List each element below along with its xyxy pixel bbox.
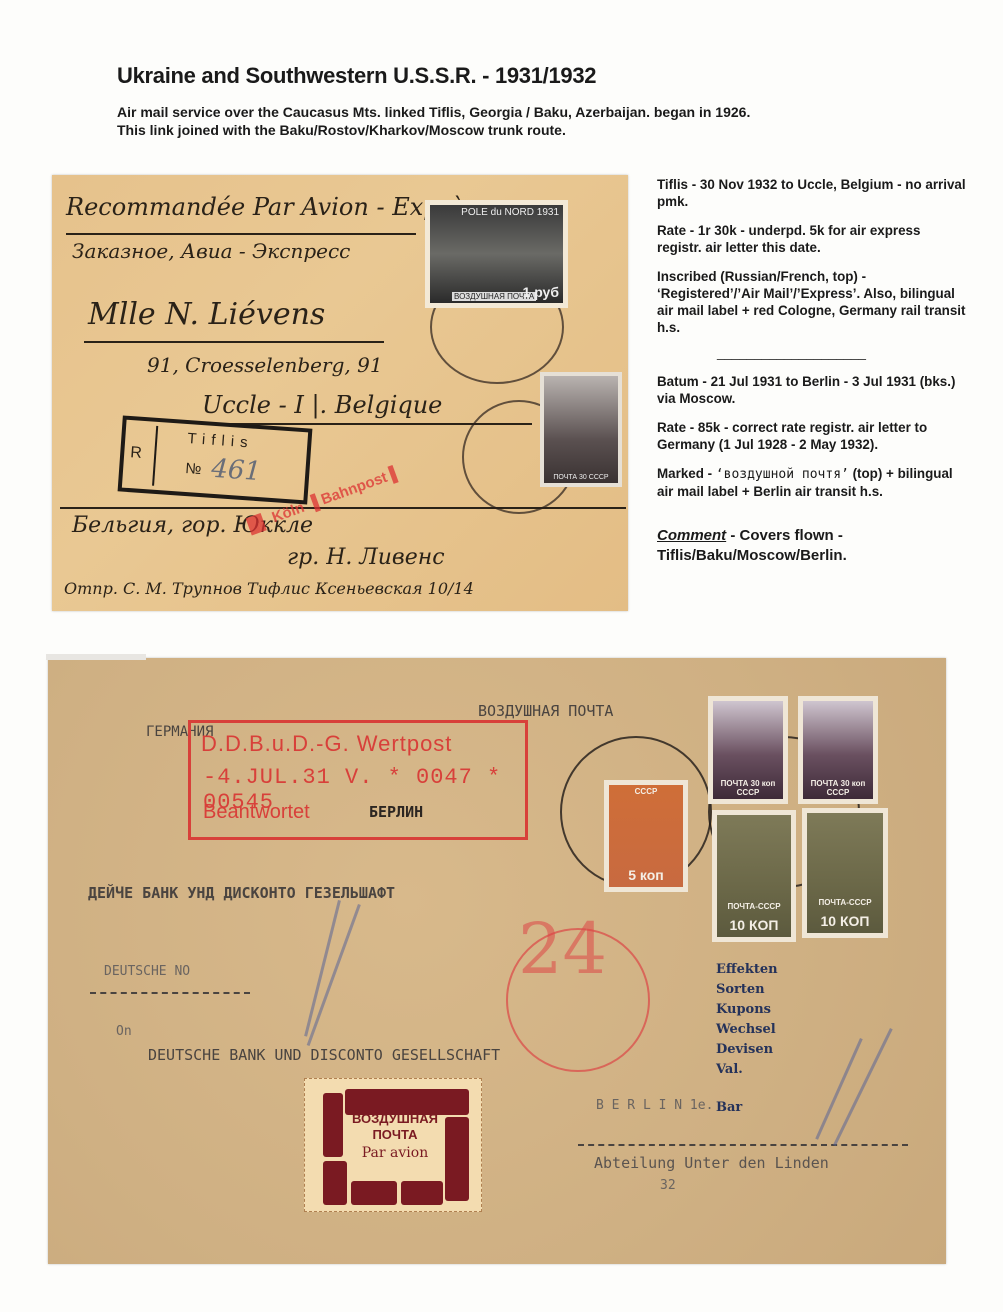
stamp-value: 10 КОП — [807, 913, 883, 929]
stamp-10k: ПОЧТА-СССР 10 КОП — [802, 808, 888, 938]
reg-letter: R — [130, 444, 143, 463]
stamp-value: 5 коп — [609, 867, 683, 883]
label-bar — [323, 1161, 347, 1205]
typed-bank-ru: ДЕЙЧЕ БАНК УНД ДИСКОНТО ГЕЗЕЛЬШАФТ — [88, 884, 395, 902]
note: Batum - 21 Jul 1931 to Berlin - 3 Jul 19… — [657, 373, 967, 407]
stamp-caption: ПОЧТА 30 коп СССР — [713, 779, 783, 797]
label-ru: ВОЗДУШНАЯ ПОЧТА — [352, 1111, 438, 1142]
comment: Comment - Covers flown - Tiflis/Baku/Mos… — [657, 526, 967, 566]
comment-label: Comment — [657, 527, 726, 544]
label-bar — [445, 1117, 469, 1201]
registration-label: R Tiflis № 461 — [118, 415, 313, 504]
stamp-caption: ПОЧТА-СССР — [807, 898, 883, 907]
stamp-caption: ПОЧТА 30 коп СССР — [803, 779, 873, 797]
hs-line: Sorten — [716, 980, 778, 1000]
wertpost-typed: БЕРЛИН — [369, 803, 423, 821]
marked-ru: ‘воздушной почтя’ — [716, 467, 849, 482]
rule — [66, 233, 416, 235]
stamp-worker-30k: ПОЧТА 30 коп СССР — [708, 696, 788, 804]
hs-line: Kupons — [716, 1000, 778, 1020]
stamp-caption: СССР — [609, 787, 683, 796]
exhibit-notes: Tiflis - 30 Nov 1932 to Uccle, Belgium -… — [657, 176, 967, 578]
separator: ____________________ — [717, 344, 967, 361]
street-address: 91, Croesselenberg, 91 — [147, 353, 383, 377]
cover-batum-berlin: ГЕРМАНИЯ ВОЗДУШНАЯ ПОЧТА D.D.B.u.D.-G. W… — [48, 658, 946, 1264]
label-fr: Par avion — [350, 1145, 440, 1161]
typed-air-mail: ВОЗДУШНАЯ ПОЧТА — [478, 702, 613, 720]
cover-inscription-ru: Заказное, Авиа - Экспресс — [72, 239, 350, 263]
cover-inscription-fr: Recommandée Par Avion - Exprès — [66, 193, 477, 221]
typed-number: 32 — [660, 1178, 676, 1193]
note: Rate - 85k - correct rate registr. air l… — [657, 419, 967, 453]
pencil-signature — [815, 1038, 862, 1140]
stamp-pole-du-nord: POLE du NORD 1931 ВОЗДУШНАЯ ПОЧТА 1 руб — [425, 200, 568, 308]
intro-text: Air mail service over the Caucasus Mts. … — [117, 103, 917, 139]
marked-prefix: Marked - — [657, 466, 716, 481]
wertpost-line: Beantwortet — [203, 801, 310, 824]
stamp-10k: ПОЧТА-СССР 10 КОП — [712, 810, 796, 942]
page-title: Ukraine and Southwestern U.S.S.R. - 1931… — [117, 63, 596, 89]
note: Inscribed (Russian/French, top) - ‘Regis… — [657, 268, 967, 336]
bank-department-handstamp: Effekten Sorten Kupons Wechsel Devisen V… — [716, 960, 778, 1118]
stamp-caption: ПОЧТА 30 СССР — [544, 474, 618, 481]
ru-address-line: гр. Н. Ливенс — [287, 545, 445, 570]
pencil-signature — [833, 1028, 893, 1146]
divider — [152, 426, 158, 486]
stamp-caption: ПОЧТА-СССР — [717, 902, 791, 911]
stamp-value: 10 КОП — [717, 917, 791, 933]
rule — [84, 341, 384, 343]
note: Tiflis - 30 Nov 1932 to Uccle, Belgium -… — [657, 176, 967, 210]
hs-line: Bar — [716, 1098, 778, 1118]
stamp-title: POLE du NORD 1931 — [461, 207, 559, 218]
note: Rate - 1r 30k - underpd. 5k for air expr… — [657, 222, 967, 256]
stamp-worker-30k: ПОЧТА 30 СССР — [540, 372, 622, 487]
hs-line: Effekten — [716, 960, 778, 980]
city-address: Uccle - I |. Belgique — [202, 391, 442, 419]
stamp-worker-30k: ПОЧТА 30 коп СССР — [798, 696, 878, 804]
typed-abteilung: Abteilung Unter den Linden — [594, 1154, 829, 1172]
label-bar — [323, 1093, 343, 1157]
addressee: Mlle N. Liévens — [88, 297, 325, 332]
sender-address: Отпр. С. М. Трупнов Тифлис Ксеньевская 1… — [64, 579, 474, 598]
reg-number: 461 — [210, 454, 262, 487]
hs-line: Val. — [716, 1060, 778, 1080]
red-numeral: 24 — [518, 908, 607, 990]
dashed-rule — [90, 992, 250, 994]
cover-flap — [46, 654, 146, 660]
intro-line: Air mail service over the Caucasus Mts. … — [117, 103, 917, 121]
typed-line: On — [116, 1024, 132, 1039]
dashed-rule — [578, 1144, 908, 1146]
note-marked: Marked - ‘воздушной почтя’ (top) + bilin… — [657, 465, 967, 500]
stamp-value: 1 руб — [523, 284, 559, 300]
typed-bank-de: DEUTSCHE BANK UND DISCONTO GESELLSCHAFT — [148, 1046, 500, 1064]
reg-number-label: № — [185, 460, 202, 478]
red-wertpost-handstamp: D.D.B.u.D.-G. Wertpost -4.JUL.31 V. * 00… — [188, 720, 528, 840]
typed-berlin: B E R L I N 1e. — [596, 1098, 713, 1113]
label-bar — [401, 1181, 443, 1205]
hs-line: Devisen — [716, 1040, 778, 1060]
wertpost-line: D.D.B.u.D.-G. Wertpost — [201, 731, 452, 757]
stamp-5k: СССР 5 коп — [604, 780, 688, 892]
air-mail-label-text: ВОЗДУШНАЯ ПОЧТА Par avion — [350, 1111, 440, 1161]
intro-line: This link joined with the Baku/Rostov/Kh… — [117, 121, 917, 139]
typed-line: DEUTSCHE NO — [104, 964, 190, 979]
hs-line: Wechsel — [716, 1020, 778, 1040]
reg-city: Tiflis — [187, 430, 254, 452]
air-mail-label: ВОЗДУШНАЯ ПОЧТА Par avion — [304, 1078, 482, 1212]
label-bar — [351, 1181, 397, 1205]
